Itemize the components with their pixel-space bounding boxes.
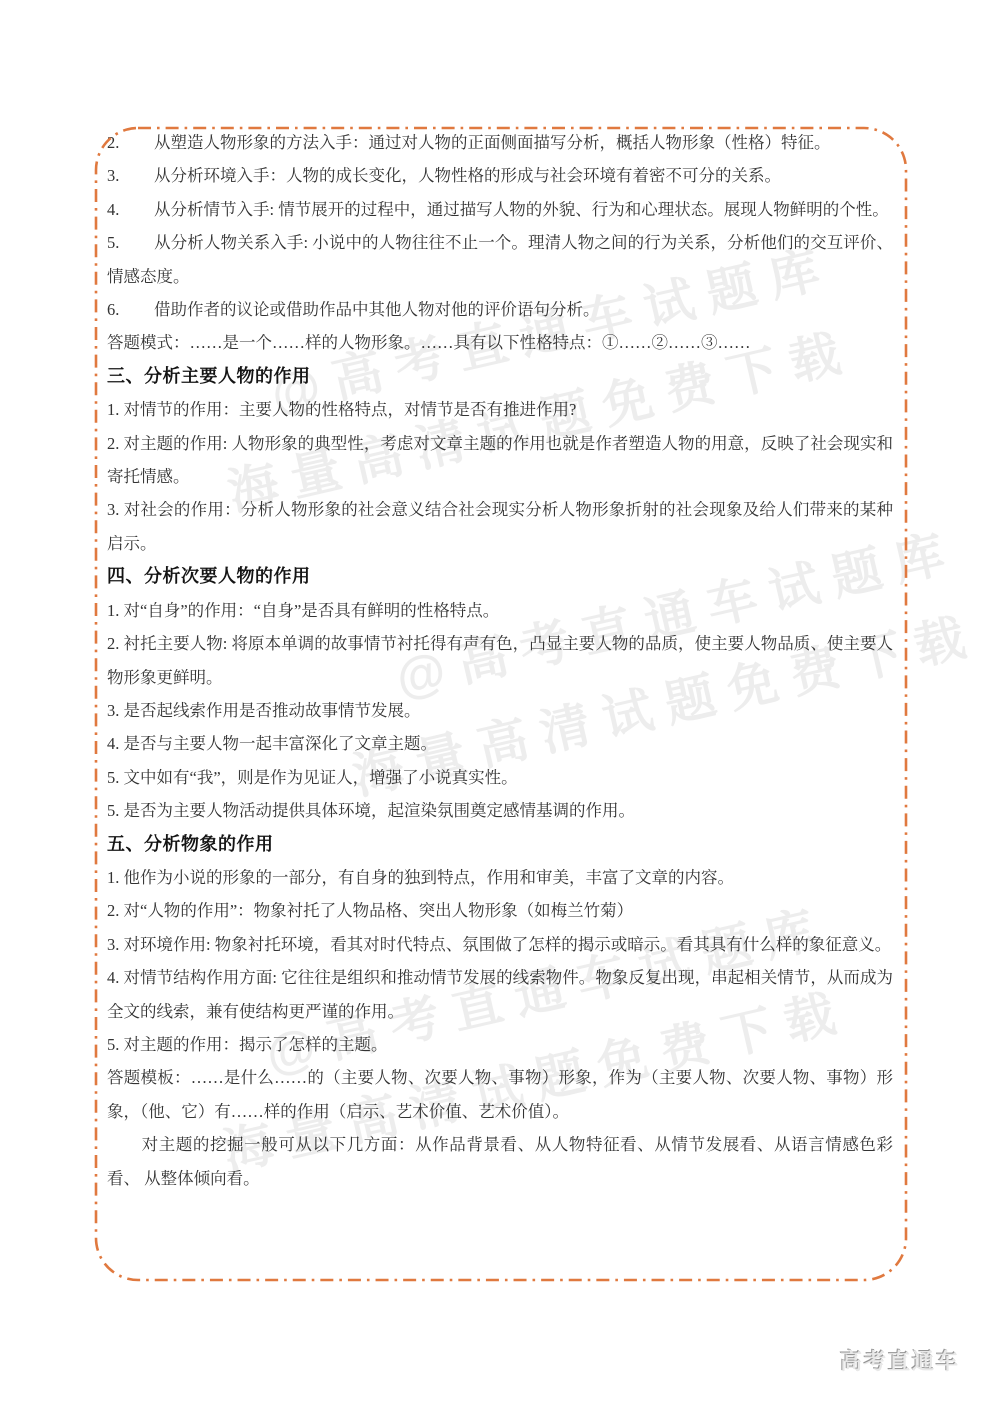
paragraph: 5. 对主题的作用：揭示了怎样的主题。	[107, 1028, 893, 1061]
paragraph: 答题模板：……是什么……的（主要人物、次要人物、事物）形象，作为（主要人物、次要…	[107, 1061, 893, 1128]
list-item: 3.从分析环境入手：人物的成长变化，人物性格的形成与社会环境有着密不可分的关系。	[107, 159, 893, 192]
paragraph: 1. 对情节的作用：主要人物的性格特点，对情节是否有推进作用?	[107, 393, 893, 426]
paragraph: 4. 是否与主要人物一起丰富深化了文章主题。	[107, 727, 893, 760]
section-heading: 四、分析次要人物的作用	[107, 560, 893, 593]
paragraph: 对主题的挖掘一般可从以下几方面：从作品背景看、从人物特征看、从情节发展看、从语言…	[107, 1128, 893, 1195]
section-heading: 三、分析主要人物的作用	[107, 360, 893, 393]
paragraph: 3. 对社会的作用：分析人物形象的社会意义结合社会现实分析人物形象折射的社会现象…	[107, 493, 893, 560]
paragraph: 2. 对“人物的作用”：物象衬托了人物品格、突出人物形象（如梅兰竹菊）	[107, 894, 893, 927]
document-page: @高考直通车试题库 海量高清试题免费下载 @高考直通车试题库 海量高清试题免费下…	[0, 0, 992, 1403]
paragraph: 1. 他作为小说的形象的一部分，有自身的独到特点，作用和审美，丰富了文章的内容。	[107, 861, 893, 894]
item-number: 2.	[107, 126, 154, 159]
paragraph: 3. 对环境作用: 物象衬托环境，看其对时代特点、氛围做了怎样的揭示或暗示。看其…	[107, 928, 893, 961]
item-number: 3.	[107, 159, 154, 192]
document-body: 2.从塑造人物形象的方法入手：通过对人物的正面侧面描写分析，概括人物形象（性格）…	[107, 126, 893, 1195]
item-number: 4.	[107, 193, 154, 226]
list-item: 4.从分析情节入手: 情节展开的过程中，通过描写人物的外貌、行为和心理状态。展现…	[107, 193, 893, 226]
paragraph: 3. 是否起线索作用是否推动故事情节发展。	[107, 694, 893, 727]
footer-logo: 高考直通车	[840, 1345, 960, 1376]
paragraph: 5. 文中如有“我”，则是作为见证人，增强了小说真实性。	[107, 761, 893, 794]
section-heading: 五、分析物象的作用	[107, 828, 893, 861]
paragraph: 2. 衬托主要人物: 将原本单调的故事情节衬托得有声有色，凸显主要人物的品质，使…	[107, 627, 893, 694]
item-number: 5.	[107, 226, 154, 259]
list-item: 5.从分析人物关系入手: 小说中的人物往往不止一个。理清人物之间的行为关系，分析…	[107, 226, 893, 293]
item-number: 6.	[107, 293, 154, 326]
list-item: 2.从塑造人物形象的方法入手：通过对人物的正面侧面描写分析，概括人物形象（性格）…	[107, 126, 893, 159]
paragraph: 2. 对主题的作用: 人物形象的典型性，考虑对文章主题的作用也就是作者塑造人物的…	[107, 427, 893, 494]
paragraph: 5. 是否为主要人物活动提供具体环境，起渲染氛围奠定感情基调的作用。	[107, 794, 893, 827]
paragraph: 答题模式：……是一个……样的人物形象。……具有以下性格特点：①……②……③……	[107, 326, 893, 359]
list-item: 6.借助作者的议论或借助作品中其他人物对他的评价语句分析。	[107, 293, 893, 326]
paragraph: 1. 对“自身”的作用：“自身”是否具有鲜明的性格特点。	[107, 594, 893, 627]
paragraph: 4. 对情节结构作用方面: 它往往是组织和推动情节发展的线索物件。物象反复出现，…	[107, 961, 893, 1028]
